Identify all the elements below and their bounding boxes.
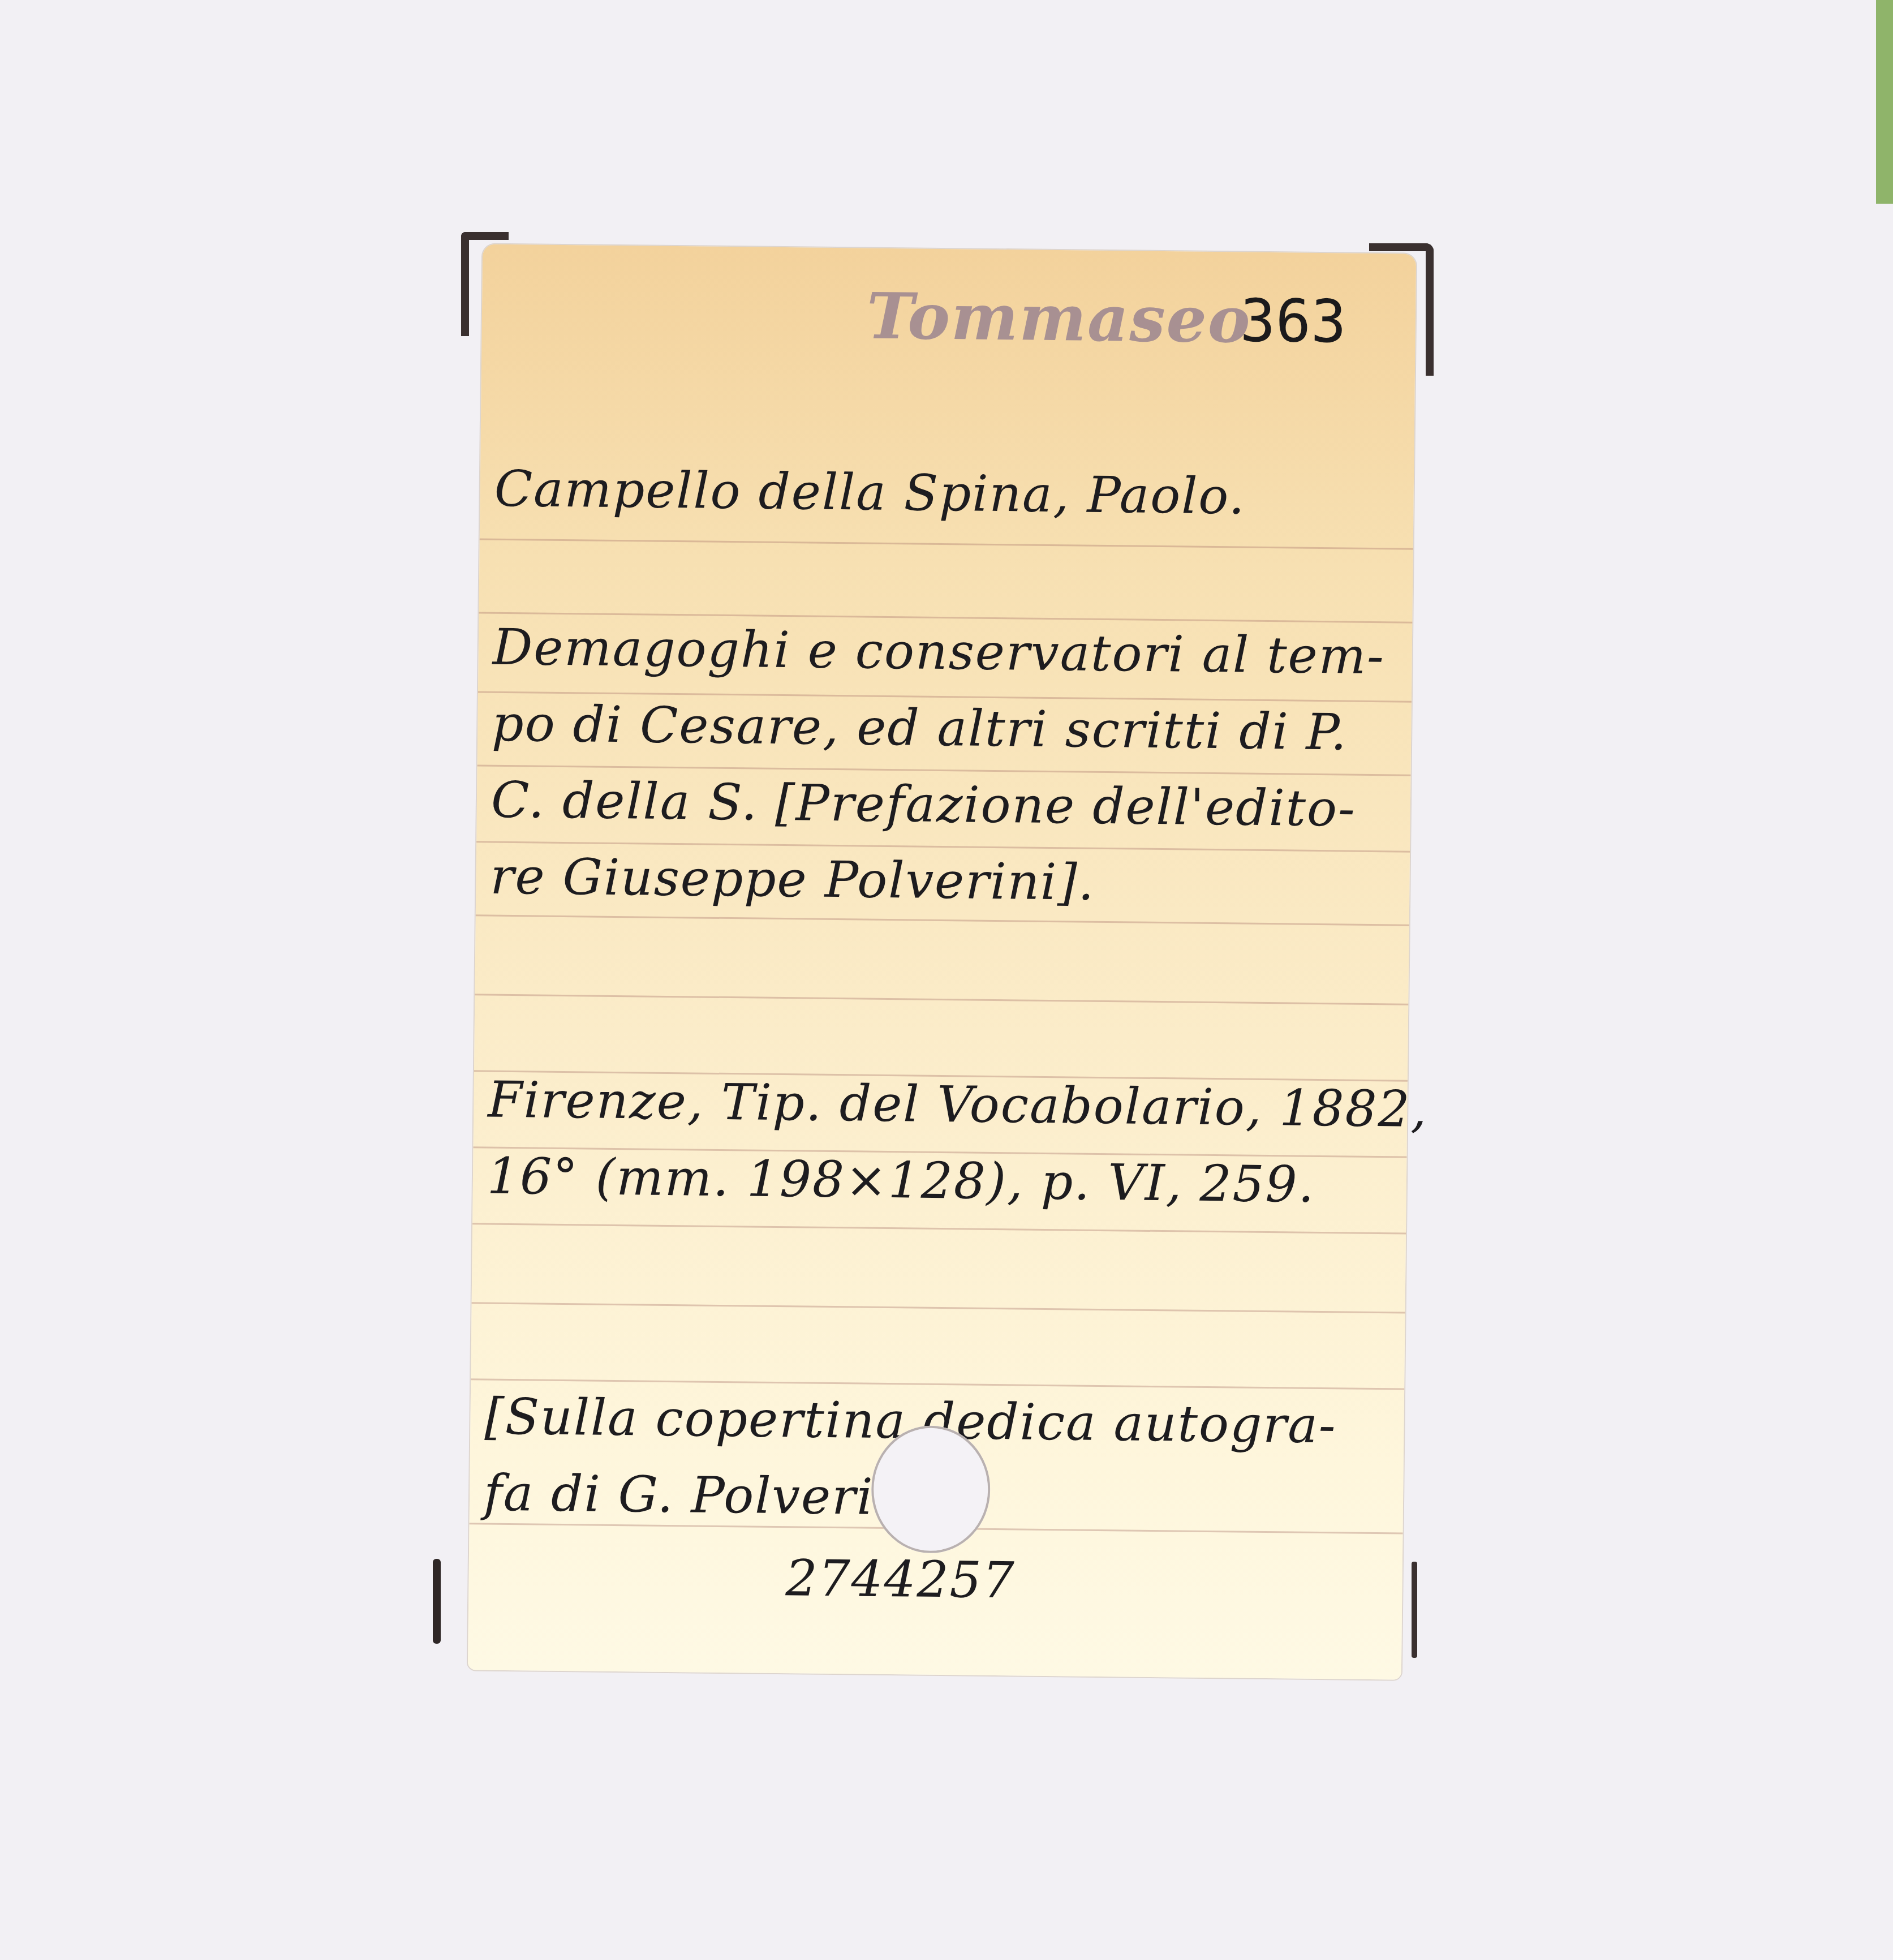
ruled-line <box>472 1223 1406 1234</box>
ruled-line <box>475 994 1408 1005</box>
title-line: Demagoghi e conservatori al tem- <box>492 618 1385 686</box>
corner-clip-bottom-right <box>1412 1562 1417 1658</box>
corner-clip-bottom-left <box>433 1559 441 1644</box>
author-heading: Campello della Spina, Paolo. <box>494 459 1246 526</box>
title-line: re Giuseppe Polverini]. <box>490 847 1095 912</box>
ruled-line <box>480 538 1413 549</box>
imprint-line: Firenze, Tip. del Vocabolario, 1882, <box>488 1071 1428 1138</box>
background-green-strip <box>1876 0 1893 204</box>
ruled-line <box>476 914 1409 926</box>
imprint-line: 16° (mm. 198×128), p. VI, 259. <box>487 1147 1315 1214</box>
title-line: C. della S. [Prefazione dell'edito- <box>491 771 1356 838</box>
catalog-card: Tommaseo 363 Campello della Spina, Paolo… <box>468 244 1416 1679</box>
title-line: po di Cesare, ed altri scritti di P. <box>492 694 1348 762</box>
punch-hole <box>871 1425 991 1554</box>
shelf-number: 363 <box>1240 286 1346 356</box>
collection-stamp: Tommaseo <box>866 280 1251 358</box>
ruled-line <box>472 1302 1405 1313</box>
inventory-number: 2744257 <box>785 1549 1016 1609</box>
